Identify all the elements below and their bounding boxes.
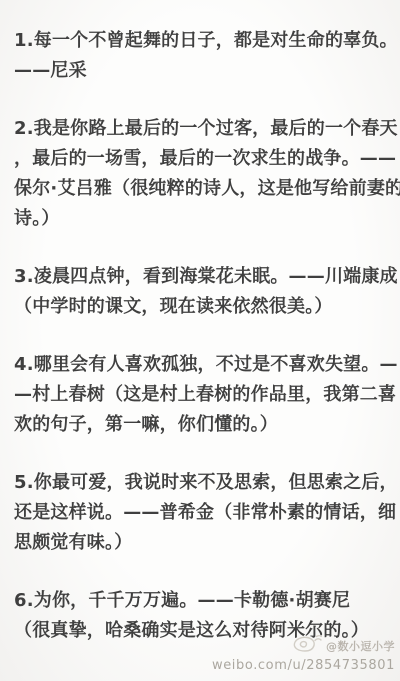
quote-line: 1.每一个不曾起舞的日子，都是对生命的辜负。 bbox=[14, 26, 392, 56]
quote-line: 5.你最可爱，我说时来不及思索，但思索之后， bbox=[14, 468, 392, 498]
quote-line: 保尔·艾吕雅（很纯粹的诗人，这是他写给前妻的 bbox=[14, 174, 392, 204]
quote-2: 2.我是你路上最后的一个过客，最后的一个春天 ，最后的一场雪，最后的一次求生的战… bbox=[14, 114, 392, 234]
weibo-logo-icon bbox=[291, 634, 323, 658]
quote-line: ——尼采 bbox=[14, 56, 392, 86]
quote-line: 6.为你，千千万万遍。——卡勒德·胡赛尼 bbox=[14, 586, 392, 616]
quote-line: （中学时的课文，现在读来依然很美。） bbox=[14, 292, 392, 322]
watermark-handle-row: @数小逗小学 bbox=[212, 634, 395, 658]
quote-line: 欢的句子，第一嘛，你们懂的。） bbox=[14, 410, 392, 440]
quote-line: 4.哪里会有人喜欢孤独，不过是不喜欢失望。— bbox=[14, 350, 392, 380]
watermark-handle: @数小逗小学 bbox=[326, 638, 395, 654]
quote-line: 思颇觉有味。） bbox=[14, 528, 392, 558]
quote-5: 5.你最可爱，我说时来不及思索，但思索之后， 还是这样说。——普希金（非常朴素的… bbox=[14, 468, 392, 558]
quote-line: —村上春树（这是村上春树的作品里，我第二喜 bbox=[14, 380, 392, 410]
quote-1: 1.每一个不曾起舞的日子，都是对生命的辜负。 ——尼采 bbox=[14, 26, 392, 86]
quote-image-page: 1.每一个不曾起舞的日子，都是对生命的辜负。 ——尼采 2.我是你路上最后的一个… bbox=[0, 0, 400, 681]
quote-line: 3.凌晨四点钟，看到海棠花未眠。——川端康成 bbox=[14, 262, 392, 292]
quote-line: 诗。） bbox=[14, 204, 392, 234]
weibo-watermark: @数小逗小学 weibo.com/u/2854735801 bbox=[212, 634, 395, 673]
quote-3: 3.凌晨四点钟，看到海棠花未眠。——川端康成 （中学时的课文，现在读来依然很美。… bbox=[14, 262, 392, 322]
quote-line: ，最后的一场雪，最后的一次求生的战争。—— bbox=[14, 144, 392, 174]
quote-list: 1.每一个不曾起舞的日子，都是对生命的辜负。 ——尼采 2.我是你路上最后的一个… bbox=[0, 0, 400, 646]
watermark-url: weibo.com/u/2854735801 bbox=[212, 658, 395, 673]
quote-line: 还是这样说。——普希金（非常朴素的情话，细 bbox=[14, 498, 392, 528]
quote-line: 2.我是你路上最后的一个过客，最后的一个春天 bbox=[14, 114, 392, 144]
quote-4: 4.哪里会有人喜欢孤独，不过是不喜欢失望。— —村上春树（这是村上春树的作品里，… bbox=[14, 350, 392, 440]
